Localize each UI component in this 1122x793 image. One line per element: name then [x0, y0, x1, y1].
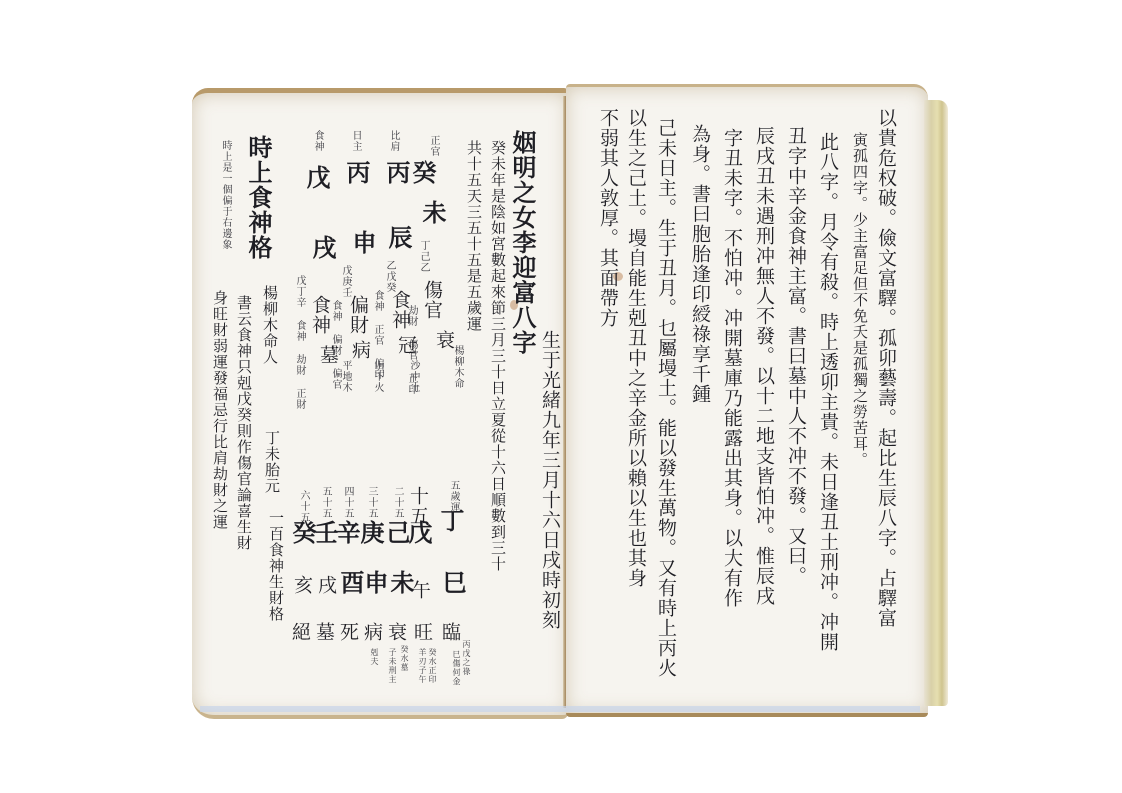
pillar-day-stem: 丙	[344, 160, 368, 185]
commentary-2: 身旺財弱運發福忌行比肩劫財之運	[212, 290, 227, 530]
pillar-day-label: 日主	[350, 130, 360, 152]
pillar-day-hidden: 戊庚壬	[340, 265, 350, 298]
pillar-month-stem: 丙	[384, 160, 408, 185]
luck-footnote-5: 子未刑主	[388, 648, 396, 684]
pillar-hour-hidden: 戊丁辛	[294, 275, 304, 308]
luck-6-age: 六十五	[298, 490, 308, 523]
pillar-hour-nayin: 平地木	[340, 360, 350, 393]
right-col-3: 丑字中辛金食神主富。書曰墓中人不冲不發。又曰。	[786, 126, 805, 586]
pillar-day-branch: 申	[350, 230, 374, 255]
luck-footnote-0: 丙戊之祿	[462, 640, 470, 676]
luck-5-stage: 墓	[314, 622, 333, 642]
commentary-0: 楊柳木命人	[262, 285, 277, 365]
luck-6-stem: 癸	[290, 520, 314, 545]
pillar-year-label: 正官	[428, 135, 438, 157]
luck-0-branch: 巳	[440, 570, 464, 595]
luck-4-age: 四十五	[342, 486, 352, 519]
luck-footnote-4: 癸水墓	[400, 645, 408, 672]
luck-footnote-2: 癸水正印	[428, 648, 436, 684]
pillar-month-god: 食神	[390, 290, 409, 330]
right-col-4: 辰戌丑未遇刑冲無人不發。以十二地支皆怕冲。惟辰戌	[754, 126, 773, 606]
luck-0-stage: 臨	[440, 622, 459, 642]
pattern-note: 時上是一個偏于右邊象	[220, 140, 230, 210]
luck-start-note: 癸未年是陰如宮數起來節三月三十日立夏從十六日順數到三十	[490, 140, 505, 700]
right-page	[566, 84, 928, 717]
right-col-0: 以貴危权破。儉文富驛。孤卯藝壽。起比生辰八字。占驛富	[876, 108, 895, 628]
taiyuan: 丁未胎元	[264, 430, 279, 494]
luck-2-branch: 未	[388, 570, 412, 595]
header-title: 姻明之女李迎富八字	[510, 130, 534, 355]
pillar-day-stage: 病	[350, 340, 369, 360]
pattern-title: 時上食神格	[246, 135, 270, 260]
pillar-hour-god-notes: 食神 劫財 正財	[294, 320, 304, 410]
pillar-hour-stem: 戊	[304, 165, 328, 190]
luck-footnote-3: 羊刃子午	[418, 648, 426, 684]
age-note: 共十五天三五十五是五歲運	[466, 140, 481, 332]
luck-4-branch: 酉	[338, 570, 362, 595]
luck-6-branch: 亥	[292, 575, 311, 595]
luck-1-stage: 旺	[412, 622, 431, 642]
pillar-year-hidden: 丁己乙	[418, 240, 428, 273]
luck-2-stage: 衰	[386, 622, 405, 642]
right-col-2: 此八字。月令有殺。時上透卯主貴。未日逢丑土刑冲。冲開	[818, 132, 837, 652]
luck-footnote-1: 巳傷何金	[452, 650, 460, 686]
pillar-hour-label: 食神	[312, 130, 322, 152]
scan-shadow	[200, 706, 920, 712]
pillar-year-branch: 未	[420, 200, 444, 225]
pillar-month-stage: 冠	[396, 335, 415, 355]
luck-3-branch: 申	[362, 570, 386, 595]
page-edges	[924, 100, 948, 706]
luck-0-stem: 丁	[438, 508, 462, 533]
right-col-5: 字丑未字。不怕冲。冲開墓庫乃能露出其身。以大有作	[722, 128, 741, 608]
commentary-3: 一百食神生財格	[268, 510, 283, 622]
pillar-month-branch: 辰	[386, 225, 410, 250]
birth-date: 生于光緒九年三月十六日戌時初刻	[540, 330, 559, 630]
luck-3-stem: 庚	[358, 520, 382, 545]
luck-6-stage: 絕	[290, 622, 309, 642]
pillar-year-stem: 癸	[410, 160, 434, 185]
pillar-hour-god: 食神	[310, 295, 329, 335]
luck-4-stage: 死	[338, 622, 357, 642]
luck-2-age: 二十五	[392, 486, 402, 519]
pillar-hour-branch: 戌	[310, 235, 334, 260]
luck-5-branch: 戌	[316, 575, 335, 595]
pillar-month-label: 比肩	[388, 130, 398, 152]
right-col-1: 寅孤四字。少主富足但不免夭是孤獨之勞苦耳。	[852, 132, 867, 468]
right-col-6: 為身。書曰胞胎逢印綬祿享千鍾	[690, 124, 709, 404]
pillar-hour-stage: 墓	[318, 345, 337, 365]
luck-3-age: 三十五	[366, 486, 376, 519]
right-col-7: 己未日主。生于丑月。乜屬墁土。能以發生萬物。又有時上丙火	[656, 118, 675, 678]
pillar-month-hidden: 乙戊癸	[384, 260, 394, 293]
manuscript-spread: 姻明之女李迎富八字 生于光緒九年三月十六日戌時初刻 癸未年是陰如宮數起來節三月三…	[0, 0, 1122, 793]
pillar-month-nayin: 沙中土	[408, 360, 418, 393]
luck-3-stage: 病	[362, 622, 381, 642]
luck-footnote-6: 剋夫	[370, 648, 378, 666]
pillar-day-god: 偏財	[348, 295, 367, 335]
right-col-8: 以生之己土。墁自能生剋丑中之辛金所以賴以生也其身	[626, 108, 645, 588]
pillar-day-nayin: 山下火	[372, 360, 382, 393]
right-col-9: 不弱其人敦厚。其面帶方	[598, 108, 617, 328]
year-nayin: 楊柳木命	[452, 345, 462, 389]
commentary-1: 書云食神只剋戊癸則作傷官論喜生財	[236, 295, 251, 695]
pillar-year-god: 傷官	[422, 280, 441, 320]
pillar-year-stage: 衰	[434, 330, 453, 350]
luck-2-stem: 己	[384, 520, 408, 545]
luck-5-age: 五十五	[320, 486, 330, 519]
